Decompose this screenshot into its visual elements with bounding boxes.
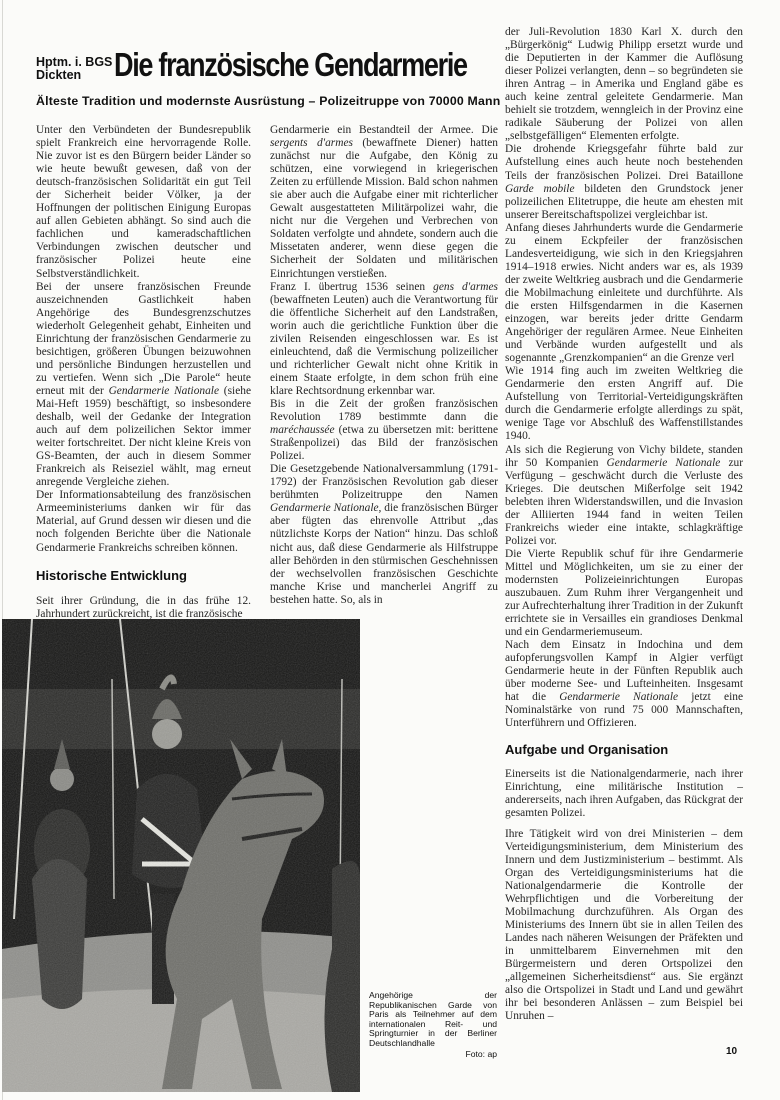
paragraph: Nach dem Einsatz in Indochina und dem au… [505,639,743,730]
paragraph: Einerseits ist die Nationalgendarmerie, … [505,768,743,820]
paragraph: Als sich die Regierung von Vichy bildete… [505,444,743,548]
paragraph: Wie 1914 fing auch im zweiten Weltkrieg … [505,365,743,443]
caption-text: Angehörige der Republikanischen Garde vo… [369,991,497,1049]
author-name: Dickten [36,69,112,82]
paragraph: der Juli-Revolution 1830 Karl X. durch d… [505,26,743,143]
paragraph: Seit ihrer Gründung, die in das frühe 12… [36,595,251,621]
paragraph: Bei der unsere französischen Freunde aus… [36,281,251,490]
paragraph: Der Informationsabteilung des französisc… [36,489,251,554]
paragraph: Franz I. übertrug 1536 seinen gens d'arm… [270,281,498,398]
paragraph: Die Vierte Republik schuf für ihre Genda… [505,548,743,639]
paragraph: Ihre Tätigkeit wird von drei Ministerien… [505,828,743,1024]
paragraph: Gendarmerie ein Bestandteil der Armee. D… [270,124,498,281]
section-heading-organisation: Aufgabe und Organisation [505,743,743,756]
author-byline: Hptm. i. BGS Dickten [36,56,112,82]
photo-credit: Foto: ap [369,1050,497,1060]
column-1: Unter den Verbündeten der Bundesrepublik… [36,124,251,621]
section-heading-history: Historische Entwicklung [36,569,251,582]
paragraph: Unter den Verbündeten der Bundesrepublik… [36,124,251,281]
article-title: Die französische Gendarmerie [114,46,467,84]
paragraph: Anfang dieses Jahrhunderts wurde die Gen… [505,222,743,366]
photo-caption: Angehörige der Republikanischen Garde vo… [369,991,497,1059]
photo-cavalry-guard [2,619,360,1092]
paragraph: Die Gesetzgebende Nationalversammlung (1… [270,463,498,607]
column-3: der Juli-Revolution 1830 Karl X. durch d… [505,26,743,1023]
paragraph: Bis in die Zeit der großen französischen… [270,398,498,463]
paragraph: Die drohende Kriegsgefahr führte bald zu… [505,143,743,221]
column-2: Gendarmerie ein Bestandteil der Armee. D… [270,124,498,607]
page-number: 10 [726,1046,737,1057]
article-subtitle: Älteste Tradition und modernste Ausrüstu… [36,94,500,108]
photo-illustration [2,619,360,1092]
